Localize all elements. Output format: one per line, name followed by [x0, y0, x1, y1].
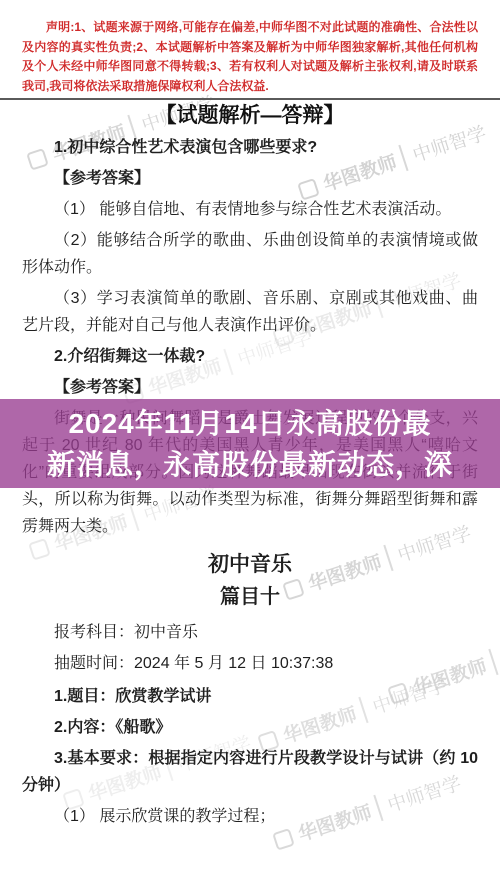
document-content: 声明:1、试题来源于网络,可能存在偏差,中师华图不对此试题的准确性、合法性以及内… — [0, 18, 500, 830]
exam-item-3-sub-1: （1） 展示欣赏课的教学过程； — [22, 803, 478, 830]
huatu-logo-icon — [272, 828, 295, 851]
question-1: 1.初中综合性艺术表演包含哪些要求? — [22, 134, 478, 161]
exam-section-heading: 篇目十 — [22, 584, 478, 611]
promo-overlay-line-2: 新消息，永高股份最新动态，深 — [47, 444, 453, 485]
answer-1-item-2: （2）能够结合所学的歌曲、乐曲创设简单的表演情境或做形体动作。 — [22, 227, 478, 281]
exam-item-3: 3.基本要求：根据指定内容进行片段教学设计与试讲（约 10分钟） — [22, 745, 478, 799]
section-divider — [0, 98, 500, 100]
answer-1-item-3: （3）学习表演简单的歌剧、音乐剧、京剧或其他戏曲、曲艺片段，并能对自己与他人表演… — [22, 285, 478, 339]
question-2: 2.介绍街舞这一体裁? — [22, 343, 478, 370]
promo-overlay-line-1: 2024年11月14日永高股份最 — [68, 403, 431, 444]
answer-1-item-1: （1） 能够自信地、有表情地参与综合性艺术表演活动。 — [22, 196, 478, 223]
exam-draw-time: 抽题时间：2024 年 5 月 12 日 10:37:38 — [22, 650, 478, 677]
disclaimer-text: 声明:1、试题来源于网络,可能存在偏差,中师华图不对此试题的准确性、合法性以及内… — [22, 18, 478, 96]
answer-2-block: 街舞是一种民间舞蹈，是爵士舞发展过程中的一个分支，兴起于 20 世纪 80 年代… — [22, 405, 478, 540]
exam-item-2: 2.内容：《船歌》 — [22, 714, 478, 741]
page-title: 【试题解析—答辩】 — [22, 102, 478, 130]
promo-overlay-banner: 2024年11月14日永高股份最 新消息，永高股份最新动态，深 — [0, 399, 500, 488]
reference-answer-label: 【参考答案】 — [22, 374, 478, 401]
reference-answer-label: 【参考答案】 — [22, 165, 478, 192]
document-page: 华图教师 中师智学 华图教师 中师智学 华图教师 中师智学 华图教师 中师智学 … — [0, 0, 500, 891]
exam-subject-heading: 初中音乐 — [22, 550, 478, 580]
exam-apply-subject: 报考科目：初中音乐 — [22, 619, 478, 646]
exam-item-1: 1.题目：欣赏教学试讲 — [22, 683, 478, 710]
